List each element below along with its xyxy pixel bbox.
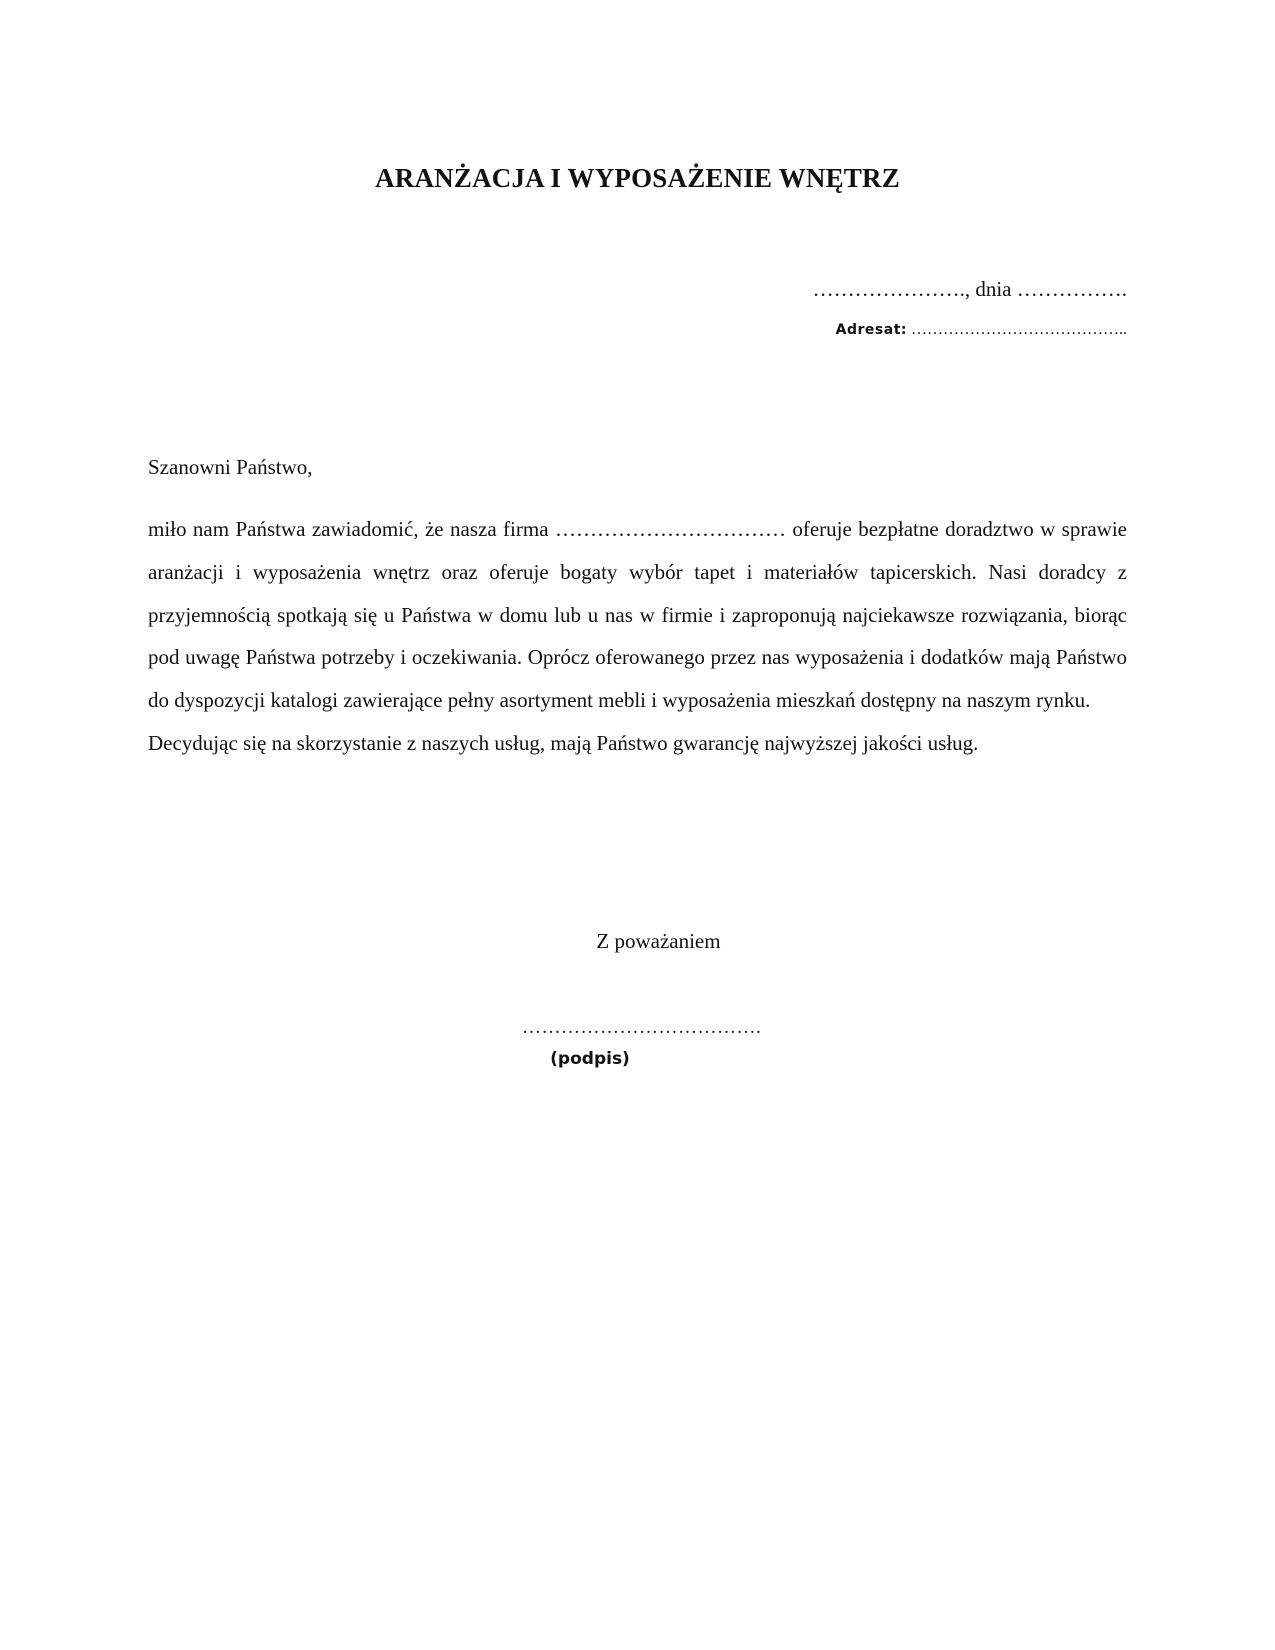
document-title: ARANŻACJA I WYPOSAŻENIE WNĘTRZ bbox=[0, 163, 1275, 194]
addressee-value: ………………………………….. bbox=[907, 321, 1127, 338]
addressee-line: Adresat: ………………………………….. bbox=[836, 321, 1127, 339]
signature-label: (podpis) bbox=[550, 1049, 630, 1069]
addressee-label: Adresat: bbox=[836, 322, 907, 338]
body-paragraph: miło nam Państwa zawiadomić, że nasza fi… bbox=[148, 508, 1127, 722]
document-page: ARANŻACJA I WYPOSAŻENIE WNĘTRZ ………………….,… bbox=[0, 0, 1275, 1650]
greeting: Szanowni Państwo, bbox=[148, 455, 313, 480]
signature-line: ………………………………. bbox=[522, 1017, 761, 1039]
closing: Z poważaniem bbox=[0, 929, 1275, 954]
letter-body: miło nam Państwa zawiadomić, że nasza fi… bbox=[148, 508, 1127, 765]
signature-label-wrap: (podpis) bbox=[0, 1049, 1275, 1069]
body-paragraph: Decydując się na skorzystanie z naszych … bbox=[148, 722, 1127, 765]
place-date-line: …………………., dnia ……………. bbox=[813, 277, 1127, 302]
